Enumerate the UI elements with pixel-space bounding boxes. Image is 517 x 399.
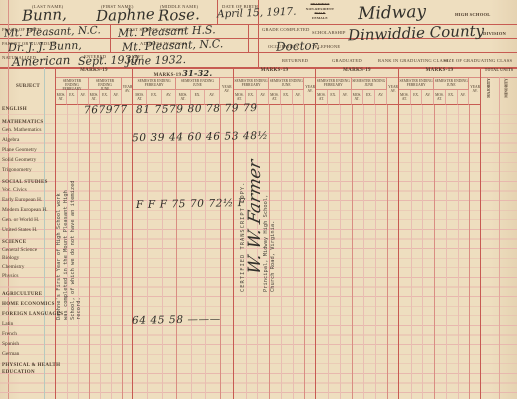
- mark-entry: 767977: [84, 104, 128, 117]
- rank-label: RANK IN GRADUATING CLASS: [378, 58, 449, 63]
- subject-label: Physics: [2, 273, 18, 279]
- subject-label: FOREIGN LANGUAGES: [2, 312, 63, 317]
- subject-label: Modern European H.: [2, 207, 48, 213]
- scholarship-label: SCHOLARSHIP: [312, 30, 346, 35]
- column-header: EX.: [100, 90, 111, 105]
- column-header: MOS. AT.: [352, 90, 364, 105]
- grid-line: [89, 105, 90, 399]
- subject-label: United States H.: [2, 227, 37, 233]
- dob-value: April 15, 1917.: [217, 6, 297, 21]
- column-header: MOS. AT.: [399, 90, 411, 105]
- grid-line: [458, 105, 459, 399]
- column-header: MOS. AT.: [56, 90, 67, 105]
- column-header: EX.: [328, 90, 340, 105]
- divider: [110, 24, 111, 52]
- column-header: EX.: [446, 90, 458, 105]
- subject-header: SUBJECT: [16, 84, 40, 89]
- note-line: was completed in the Mount Pleasant High: [63, 115, 70, 320]
- grid-line: [446, 105, 447, 399]
- grid-line: [304, 105, 305, 399]
- divider: [248, 24, 249, 52]
- grid-line: [162, 105, 163, 399]
- subject-label: Chemistry: [2, 264, 24, 270]
- note-line: record.: [76, 115, 83, 320]
- high-school-label: HIGH SCHOOL: [455, 12, 491, 17]
- graduated-label: GRADUATED: [332, 58, 362, 63]
- semester-header: SEMESTER ENDINGFEBRUARY: [133, 77, 176, 90]
- principal-signature: W. W. Farmer: [245, 128, 265, 276]
- subject-label: PHYSICAL & HEALTH: [2, 363, 60, 368]
- transfer-note: Daphne's First Year of High School work …: [56, 115, 83, 320]
- grid-line: [422, 105, 423, 399]
- subject-label: Trigonometry: [2, 167, 32, 173]
- subject-label: Solid Geometry: [2, 157, 36, 163]
- school-name-value: Midway: [358, 2, 427, 24]
- grid-line: [191, 105, 192, 399]
- returned-label: RETURNED: [282, 58, 308, 63]
- note-line: Daphne's First Year of High School work: [56, 115, 63, 320]
- grid-line: [499, 77, 500, 399]
- marks-group: MARKS-19SEMESTER ENDINGFEBRUARYSEMESTER …: [398, 68, 480, 399]
- first-name-value: Daphne: [96, 5, 155, 25]
- naturalized-value: American: [12, 53, 71, 69]
- legend-line: FEMALE: [296, 16, 344, 21]
- subject-label: Plane Geometry: [2, 147, 37, 153]
- column-header: AV.: [458, 90, 470, 105]
- year-average-header: YEAR AV.: [220, 77, 234, 105]
- grid-line: [100, 105, 101, 399]
- subject-label: MATHEMATICS: [2, 120, 43, 125]
- semester-header: SEMESTER ENDINGJUNE: [434, 77, 469, 90]
- semester-header: SEMESTER ENDINGFEBRUARY: [234, 77, 269, 90]
- semester-header: SEMESTER ENDINGFEBRUARY: [316, 77, 352, 90]
- grid-line: [293, 105, 294, 399]
- total-col-majority: MAJORITY: [487, 78, 491, 98]
- left-value: June 1932.: [126, 53, 186, 68]
- grid-line: [411, 105, 412, 399]
- semester-header: SEMESTER ENDINGJUNE: [352, 77, 388, 90]
- grid-line: [387, 105, 388, 399]
- column-header: AV.: [293, 90, 305, 105]
- principal-line: Church Road, Virginia.: [270, 130, 277, 292]
- subject-label: Algebra: [2, 137, 19, 143]
- column-header: AV.: [257, 90, 269, 105]
- subject-label: HOME ECONOMICS: [2, 302, 55, 307]
- middle-name-value: Rose.: [158, 5, 200, 24]
- grid-line: [111, 105, 112, 399]
- grid-line: [469, 105, 470, 399]
- semester-header: SEMESTER ENDINGJUNE: [269, 77, 304, 90]
- subject-label: German: [2, 351, 19, 357]
- column-header: EX.: [281, 90, 293, 105]
- subject-label: AGRICULTURE: [2, 292, 42, 297]
- column-header: MOS. AT.: [316, 90, 328, 105]
- subject-label: General Science: [2, 247, 37, 253]
- column-header: AV.: [340, 90, 352, 105]
- subject-label: Gen. or World H.: [2, 217, 39, 223]
- total-units-column: TOTAL UNITS MAJORITY MINORITY: [480, 68, 517, 399]
- mark-entry: F F F 75 70 72½ F: [136, 197, 246, 211]
- subject-label: Voc. Civics: [2, 187, 27, 193]
- grid-line: [176, 105, 177, 399]
- marks-group: MARKS-1931-32.SEMESTER ENDINGFEBRUARYSEM…: [132, 68, 233, 399]
- subject-label: SCIENCE: [2, 240, 26, 245]
- semester-header: SEMESTER ENDINGFEBRUARY: [399, 77, 434, 90]
- division-label: DIVISION: [483, 31, 506, 36]
- grid-line: [147, 105, 148, 399]
- grid-line: [375, 105, 376, 399]
- grid-line: [122, 105, 123, 399]
- grid-line: [44, 68, 45, 399]
- grid-line: [205, 105, 206, 399]
- parent-value: Dr. J. J. Bunn,: [8, 39, 82, 55]
- last-name-value: Bunn,: [22, 5, 67, 25]
- subject-label: ENGLISH: [2, 107, 27, 112]
- subject-label: Spanish: [2, 341, 19, 347]
- resident-legend: RESIDENT NON-RESIDENT MALE FEMALE: [296, 2, 344, 20]
- semester-header: SEMESTER ENDINGJUNE: [89, 77, 122, 90]
- grid-line: [340, 105, 341, 399]
- note-line: School, of which we do not have an itemi…: [70, 115, 77, 320]
- subject-label: Early European H.: [2, 197, 42, 203]
- record-card: (LAST NAME) (FIRST NAME) (MIDDLE NAME) D…: [0, 0, 517, 399]
- subject-label: Latin: [2, 321, 13, 327]
- column-header: EX.: [67, 90, 78, 105]
- occupation-value: Doctor.: [276, 38, 320, 54]
- size-label: SIZE OF GRADUATING CLASS: [444, 58, 512, 63]
- subject-label: Gen. Mathematics: [2, 127, 42, 133]
- semester-header: SEMESTER ENDINGJUNE: [176, 77, 219, 90]
- division-value: Dinwiddie County: [348, 22, 485, 45]
- column-header: AV.: [78, 90, 89, 105]
- subject-label: SOCIAL STUDIES: [2, 180, 48, 185]
- column-header: MOS. AT.: [269, 90, 281, 105]
- grid-line: [434, 105, 435, 399]
- column-header: MOS. AT.: [434, 90, 446, 105]
- marks-group: MARKS-19SEMESTER ENDINGFEBRUARYSEMESTER …: [315, 68, 398, 399]
- grid-line: [328, 105, 329, 399]
- mark-entry: 81 7579 80 78 79 79: [136, 102, 258, 116]
- semester-header: SEMESTER ENDINGFEBRUARY: [56, 77, 89, 90]
- subject-label: Biology: [2, 255, 19, 261]
- mark-entry: 64 45 58 ———: [132, 313, 221, 327]
- column-header: AV.: [375, 90, 387, 105]
- grid-line: [220, 105, 221, 399]
- subject-label: EDUCATION: [2, 370, 35, 375]
- certification-block: CERTIFIED TRANSCRIPT COPY. W. W. Farmer …: [240, 130, 276, 292]
- grade-completed-label: GRADE COMPLETED: [262, 27, 310, 32]
- column-header: MOS. AT.: [89, 90, 100, 105]
- column-header: MOS. AT.: [133, 90, 147, 105]
- grid-line: [352, 105, 353, 399]
- subject-label: French: [2, 331, 17, 337]
- grid-line: [363, 105, 364, 399]
- column-header: EX.: [363, 90, 375, 105]
- grid-line: [281, 105, 282, 399]
- column-header: AV.: [422, 90, 434, 105]
- column-header: EX.: [411, 90, 423, 105]
- total-col-minority: MINORITY: [505, 78, 509, 97]
